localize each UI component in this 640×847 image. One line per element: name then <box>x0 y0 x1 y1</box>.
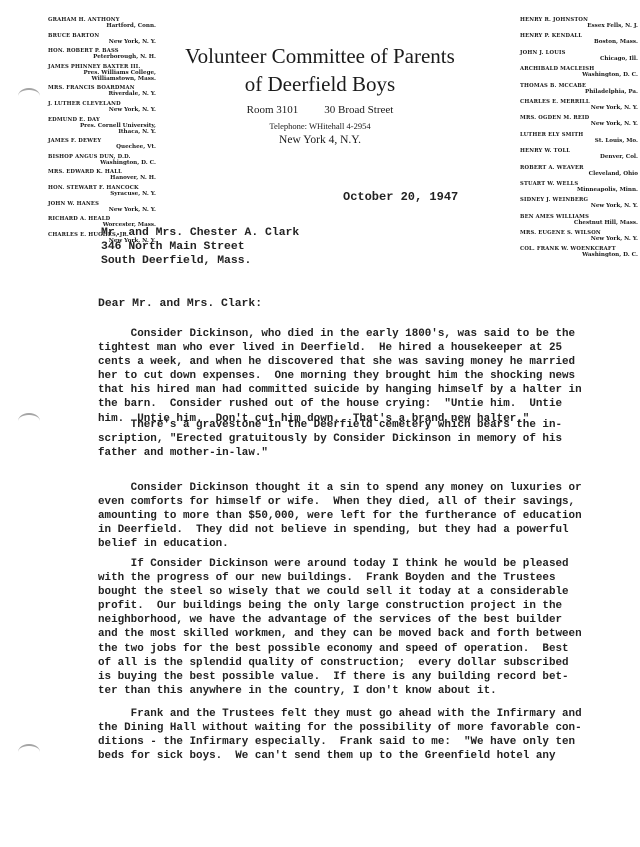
member-location: Cleveland, Ohio <box>520 172 638 178</box>
member-location: New York, N. Y. <box>48 208 156 214</box>
committee-member: John J. LouisChicago, Ill. <box>520 51 638 67</box>
member-location: New York, N. Y. <box>520 237 638 243</box>
member-location: New York, N. Y. <box>48 108 156 114</box>
member-location: New York, N. Y. <box>520 122 638 128</box>
member-location: Hanover, N. H. <box>48 176 156 182</box>
member-location: New York, N. Y. <box>520 106 638 112</box>
recipient-address: Mr. and Mrs. Chester A. Clark 346 North … <box>101 226 299 268</box>
committee-member: John W. HanesNew York, N. Y. <box>48 202 156 218</box>
committee-member: Robert A. WeaverCleveland, Ohio <box>520 166 638 182</box>
member-location: Washington, D. C. <box>520 73 638 79</box>
punch-hole-mark <box>18 88 40 104</box>
committee-member: Mrs. Edward K. HallHanover, N. H. <box>48 170 156 186</box>
member-location: New York, N. Y. <box>48 40 156 46</box>
committee-member: Mrs. Francis BoardmanRiverdale, N. Y. <box>48 86 156 102</box>
committee-list-left: Graham H. AnthonyHartford, Conn.Bruce Ba… <box>48 18 156 248</box>
member-location: Williamstown, Mass. <box>48 77 156 83</box>
member-location: Riverdale, N. Y. <box>48 92 156 98</box>
member-location: New York, N. Y. <box>520 204 638 210</box>
committee-member: Hon. Robert P. BassPeterborough, N. H. <box>48 49 156 65</box>
letterhead-city: New York 4, N.Y. <box>170 134 470 146</box>
committee-member: Henry R. JohnstonEssex Fells, N. J. <box>520 18 638 34</box>
letterhead-address: Room 310130 Broad Street <box>170 104 470 116</box>
letterhead-room: Room 3101 <box>247 104 299 116</box>
member-location: Washington, D. C. <box>48 161 156 167</box>
member-location: Hartford, Conn. <box>48 24 156 30</box>
body-paragraph: If Consider Dickinson were around today … <box>98 557 618 698</box>
member-location: St. Louis, Mo. <box>520 139 638 145</box>
body-paragraph: There's a gravestone in the Deerfield ce… <box>98 418 618 460</box>
committee-member: Bruce BartonNew York, N. Y. <box>48 34 156 50</box>
body-paragraph: Consider Dickinson thought it a sin to s… <box>98 481 618 551</box>
body-paragraph: Consider Dickinson, who died in the earl… <box>98 327 618 426</box>
letter-page: Graham H. AnthonyHartford, Conn.Bruce Ba… <box>0 0 640 847</box>
committee-member: Edmund E. DayPres. Cornell University,It… <box>48 118 156 140</box>
punch-hole-mark <box>18 744 40 760</box>
committee-member: Col. Frank W. WoenkcraftWashington, D. C… <box>520 247 638 263</box>
body-paragraph: Frank and the Trustees felt they must go… <box>98 707 618 763</box>
member-location: Syracuse, N. Y. <box>48 192 156 198</box>
letterhead-street: 30 Broad Street <box>324 104 393 116</box>
committee-member: Archibald MacLeishWashington, D. C. <box>520 67 638 83</box>
member-location: Peterborough, N. H. <box>48 55 156 61</box>
recipient-street: 346 North Main Street <box>101 240 299 254</box>
member-location: Philadelphia, Pa. <box>520 90 638 96</box>
letterhead-title-line1: Volunteer Committee of Parents <box>170 44 470 69</box>
member-location: Chicago, Ill. <box>520 57 638 63</box>
committee-member: Luther Ely SmithSt. Louis, Mo. <box>520 133 638 149</box>
committee-member: Mrs. Ogden M. ReidNew York, N. Y. <box>520 116 638 132</box>
committee-member: Henry P. KendallBoston, Mass. <box>520 34 638 50</box>
recipient-name: Mr. and Mrs. Chester A. Clark <box>101 226 299 240</box>
punch-hole-mark <box>18 413 40 429</box>
member-location: Ithaca, N. Y. <box>48 130 156 136</box>
member-location: Essex Fells, N. J. <box>520 24 638 30</box>
committee-member: Mrs. Eugene S. WilsonNew York, N. Y. <box>520 231 638 247</box>
letterhead-telephone: Telephone: WHitehall 4-2954 <box>170 121 470 131</box>
member-location: Quechee, Vt. <box>48 145 156 151</box>
committee-member: Stuart W. WellsMinneapolis, Minn. <box>520 182 638 198</box>
member-location: Minneapolis, Minn. <box>520 188 638 194</box>
member-location: Chestnut Hill, Mass. <box>520 221 638 227</box>
committee-member: James Phinney Baxter III.Pres. Williams … <box>48 65 156 87</box>
committee-member: Bishop Angus Dun, D.D.Washington, D. C. <box>48 155 156 171</box>
committee-member: Sidney J. WeinbergNew York, N. Y. <box>520 198 638 214</box>
committee-member: Hon. Stewart F. HancockSyracuse, N. Y. <box>48 186 156 202</box>
committee-member: James F. DeweyQuechee, Vt. <box>48 139 156 155</box>
committee-member: Henry W. TollDenver, Col. <box>520 149 638 165</box>
recipient-city: South Deerfield, Mass. <box>101 254 299 268</box>
committee-member: Graham H. AnthonyHartford, Conn. <box>48 18 156 34</box>
member-location: Denver, Col. <box>520 155 638 161</box>
committee-member: Thomas B. McCabePhiladelphia, Pa. <box>520 84 638 100</box>
member-location: Boston, Mass. <box>520 40 638 46</box>
committee-member: Charles E. MerrillNew York, N. Y. <box>520 100 638 116</box>
salutation: Dear Mr. and Mrs. Clark: <box>98 298 262 310</box>
member-location: Washington, D. C. <box>520 253 638 259</box>
committee-list-right: Henry R. JohnstonEssex Fells, N. J.Henry… <box>520 18 638 264</box>
letter-date: October 20, 1947 <box>343 190 458 204</box>
committee-member: J. Luther ClevelandNew York, N. Y. <box>48 102 156 118</box>
letterhead-title-line2: of Deerfield Boys <box>170 72 470 97</box>
committee-member: Ben Ames WilliamsChestnut Hill, Mass. <box>520 215 638 231</box>
